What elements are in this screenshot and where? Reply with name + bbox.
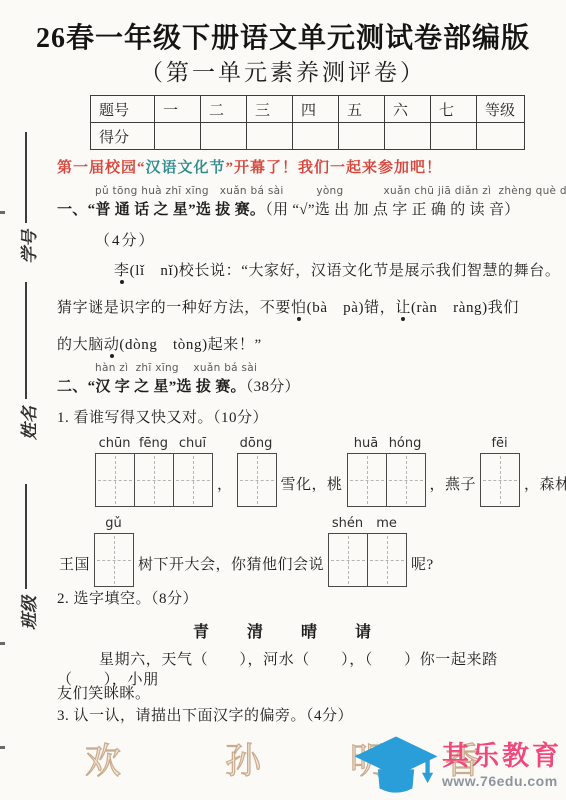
margin-field-class: 班级: [16, 484, 38, 630]
writing-grid: shénme: [328, 516, 407, 587]
test-paper-page: 26春一年级下册语文单元测试卷部编版 （第一单元素养测评卷） 题号一二三四五六七…: [0, 0, 566, 800]
intro-line: 第一届校园“汉语文化节”开幕了！我们一起来参加吧！: [57, 156, 442, 177]
paragraph-text: (lǐ nǐ)校长说：“大家好，汉语文化节是展示我们智慧的舞台。: [130, 263, 561, 279]
grid-pinyin: gǔ: [94, 516, 134, 531]
score-table-cell: 四: [293, 96, 339, 123]
writing-grid: dōng: [237, 436, 277, 507]
trace-character[interactable]: 欢: [85, 733, 121, 784]
writing-grid: chūnfēngchuī: [95, 436, 213, 507]
watermark-text: 其乐教育 www.76edu.com: [442, 743, 562, 788]
margin-field-label: 学号: [15, 230, 40, 264]
question1-label: 1. 看谁写得又快又对。（10分）: [57, 406, 268, 427]
section1-pinyin: pǔ tōng huà zhī xīng xuǎn bá sài yòng xu…: [95, 185, 566, 197]
grid-row-text: 雪化，桃: [281, 473, 343, 507]
tian-cell[interactable]: [173, 453, 213, 507]
grid-pinyin: shénme: [328, 516, 407, 531]
paragraph-text: 猜字谜是识字的一种好方法，不要: [57, 300, 291, 316]
watermark-brand: 其乐教育: [442, 743, 562, 770]
writing-grid: fēi: [480, 436, 520, 507]
tian-cell[interactable]: [328, 533, 368, 587]
scan-artifact: [0, 746, 5, 749]
scan-artifact: [0, 211, 5, 214]
question2-sentence-line2: 友们笑眯眯。: [57, 684, 566, 704]
trace-character[interactable]: 孙: [225, 733, 261, 784]
graduation-cap-icon: [352, 733, 440, 797]
section2-heading-points: （38分）: [246, 379, 300, 395]
section1-heading-note: （用 “√”选 出 加 点 字 正 确 的 读 音）: [265, 202, 519, 218]
scan-artifact: [0, 642, 5, 645]
emphasized-char: 让: [395, 300, 411, 316]
grid-row-text: ，森林: [524, 473, 566, 507]
emphasized-char: 动: [104, 337, 120, 353]
section2-heading-bold: 二、“汉 字 之 星”选 拔 赛。: [57, 379, 246, 395]
grid-pinyin: chūnfēngchuī: [95, 436, 213, 451]
margin-blank-line[interactable]: [24, 484, 27, 589]
section2-pinyin: hàn zì zhī xīng xuǎn bá sài: [95, 362, 257, 374]
margin-blank-line[interactable]: [24, 282, 27, 399]
paragraph-text: (ràn ràng)我们: [411, 300, 519, 316]
emphasized-char: 李: [114, 263, 130, 279]
score-table-blank-cell[interactable]: [247, 123, 293, 150]
score-table-cell: 五: [339, 96, 385, 123]
score-table-cell: 六: [385, 96, 431, 123]
score-table-cell: 三: [247, 96, 293, 123]
margin-field-label: 班级: [15, 596, 40, 630]
section1-heading-bold: 一、“普 通 话 之 星”选 拔 赛。: [57, 202, 265, 218]
grid-row-text: ，: [217, 473, 233, 507]
score-table-blank-cell[interactable]: [431, 123, 477, 150]
score-table-blank-cell[interactable]: [385, 123, 431, 150]
tian-cell[interactable]: [94, 533, 134, 587]
score-table-blank-cell[interactable]: [339, 123, 385, 150]
tian-cell[interactable]: [367, 533, 407, 587]
section2-heading: 二、“汉 字 之 星”选 拔 赛。（38分）: [57, 375, 300, 396]
score-table-blank-cell[interactable]: [201, 123, 247, 150]
grid-pinyin: fēi: [480, 436, 520, 451]
grid-row-text: ，燕子: [430, 473, 477, 507]
question2-label: 2. 选字填空。（8分）: [57, 587, 198, 608]
grid-row-text: 呢?: [411, 553, 434, 587]
watermark-url: www.76edu.com: [442, 774, 562, 788]
margin-field-student-name: 姓名: [16, 282, 38, 440]
intro-suffix: ”开幕了！我们一起来参加吧！: [226, 160, 443, 176]
tian-cell[interactable]: [134, 453, 174, 507]
score-table-cell: 二: [201, 96, 247, 123]
score-table-cell: 七: [431, 96, 477, 123]
section1-points: （4分）: [95, 229, 156, 250]
writing-grid-row-2: 王国gǔ树下开大会，你猜他们会说shénme呢?: [57, 516, 436, 587]
score-table-blank-cell[interactable]: [477, 123, 525, 150]
tian-cell[interactable]: [95, 453, 135, 507]
score-table-header-row: 题号一二三四五六七等级: [91, 96, 525, 123]
score-table-cell: 一: [155, 96, 201, 123]
paragraph-text: (bà pà)错，: [307, 300, 396, 316]
tian-cell[interactable]: [386, 453, 426, 507]
section1-heading: 一、“普 通 话 之 星”选 拔 赛。（用 “√”选 出 加 点 字 正 确 的…: [57, 198, 520, 219]
emphasized-char: 怕: [291, 300, 307, 316]
writing-grid: huāhóng: [347, 436, 426, 507]
intro-highlight: 汉语文化节: [146, 160, 226, 176]
question2-choices: 青 清 晴 请: [0, 619, 566, 642]
page-subtitle: （第一单元素养测评卷）: [0, 54, 566, 87]
page-title: 26春一年级下册语文单元测试卷部编版: [0, 16, 566, 56]
score-table-cell: 等级: [477, 96, 525, 123]
score-table-score-row: 得分: [91, 123, 525, 150]
intro-prefix: 第一届校园“: [57, 160, 146, 176]
writing-grid: gǔ: [94, 516, 134, 587]
tian-cell[interactable]: [237, 453, 277, 507]
watermark: 其乐教育 www.76edu.com: [352, 733, 562, 797]
grid-pinyin: dōng: [237, 436, 277, 451]
grid-pinyin: huāhóng: [347, 436, 426, 451]
score-table-blank-cell[interactable]: [155, 123, 201, 150]
margin-field-label: 姓名: [15, 406, 40, 440]
score-table-cell: 得分: [91, 123, 155, 150]
tian-cell[interactable]: [347, 453, 387, 507]
paragraph-text: (dòng tòng)起来！”: [119, 337, 261, 353]
score-table-cell: 题号: [91, 96, 155, 123]
score-table-blank-cell[interactable]: [293, 123, 339, 150]
tian-cell[interactable]: [480, 453, 520, 507]
paragraph-text: 的大脑: [57, 337, 104, 353]
score-table: 题号一二三四五六七等级 得分: [90, 95, 525, 150]
grid-row-text: 王国: [59, 553, 90, 587]
margin-field-student-id: 学号: [16, 132, 38, 264]
writing-grid-row-1: chūnfēngchuī，dōng雪化，桃huāhóng，燕子fēi，森林: [93, 436, 566, 507]
margin-blank-line[interactable]: [24, 132, 27, 223]
grid-row-text: 树下开大会，你猜他们会说: [138, 553, 324, 587]
section1-paragraph: 李(lǐ nǐ)校长说：“大家好，汉语文化节是展示我们智慧的舞台。猜字谜是识字的…: [57, 253, 566, 364]
question3-label: 3. 认一认，请描出下面汉字的偏旁。（4分）: [57, 704, 353, 725]
